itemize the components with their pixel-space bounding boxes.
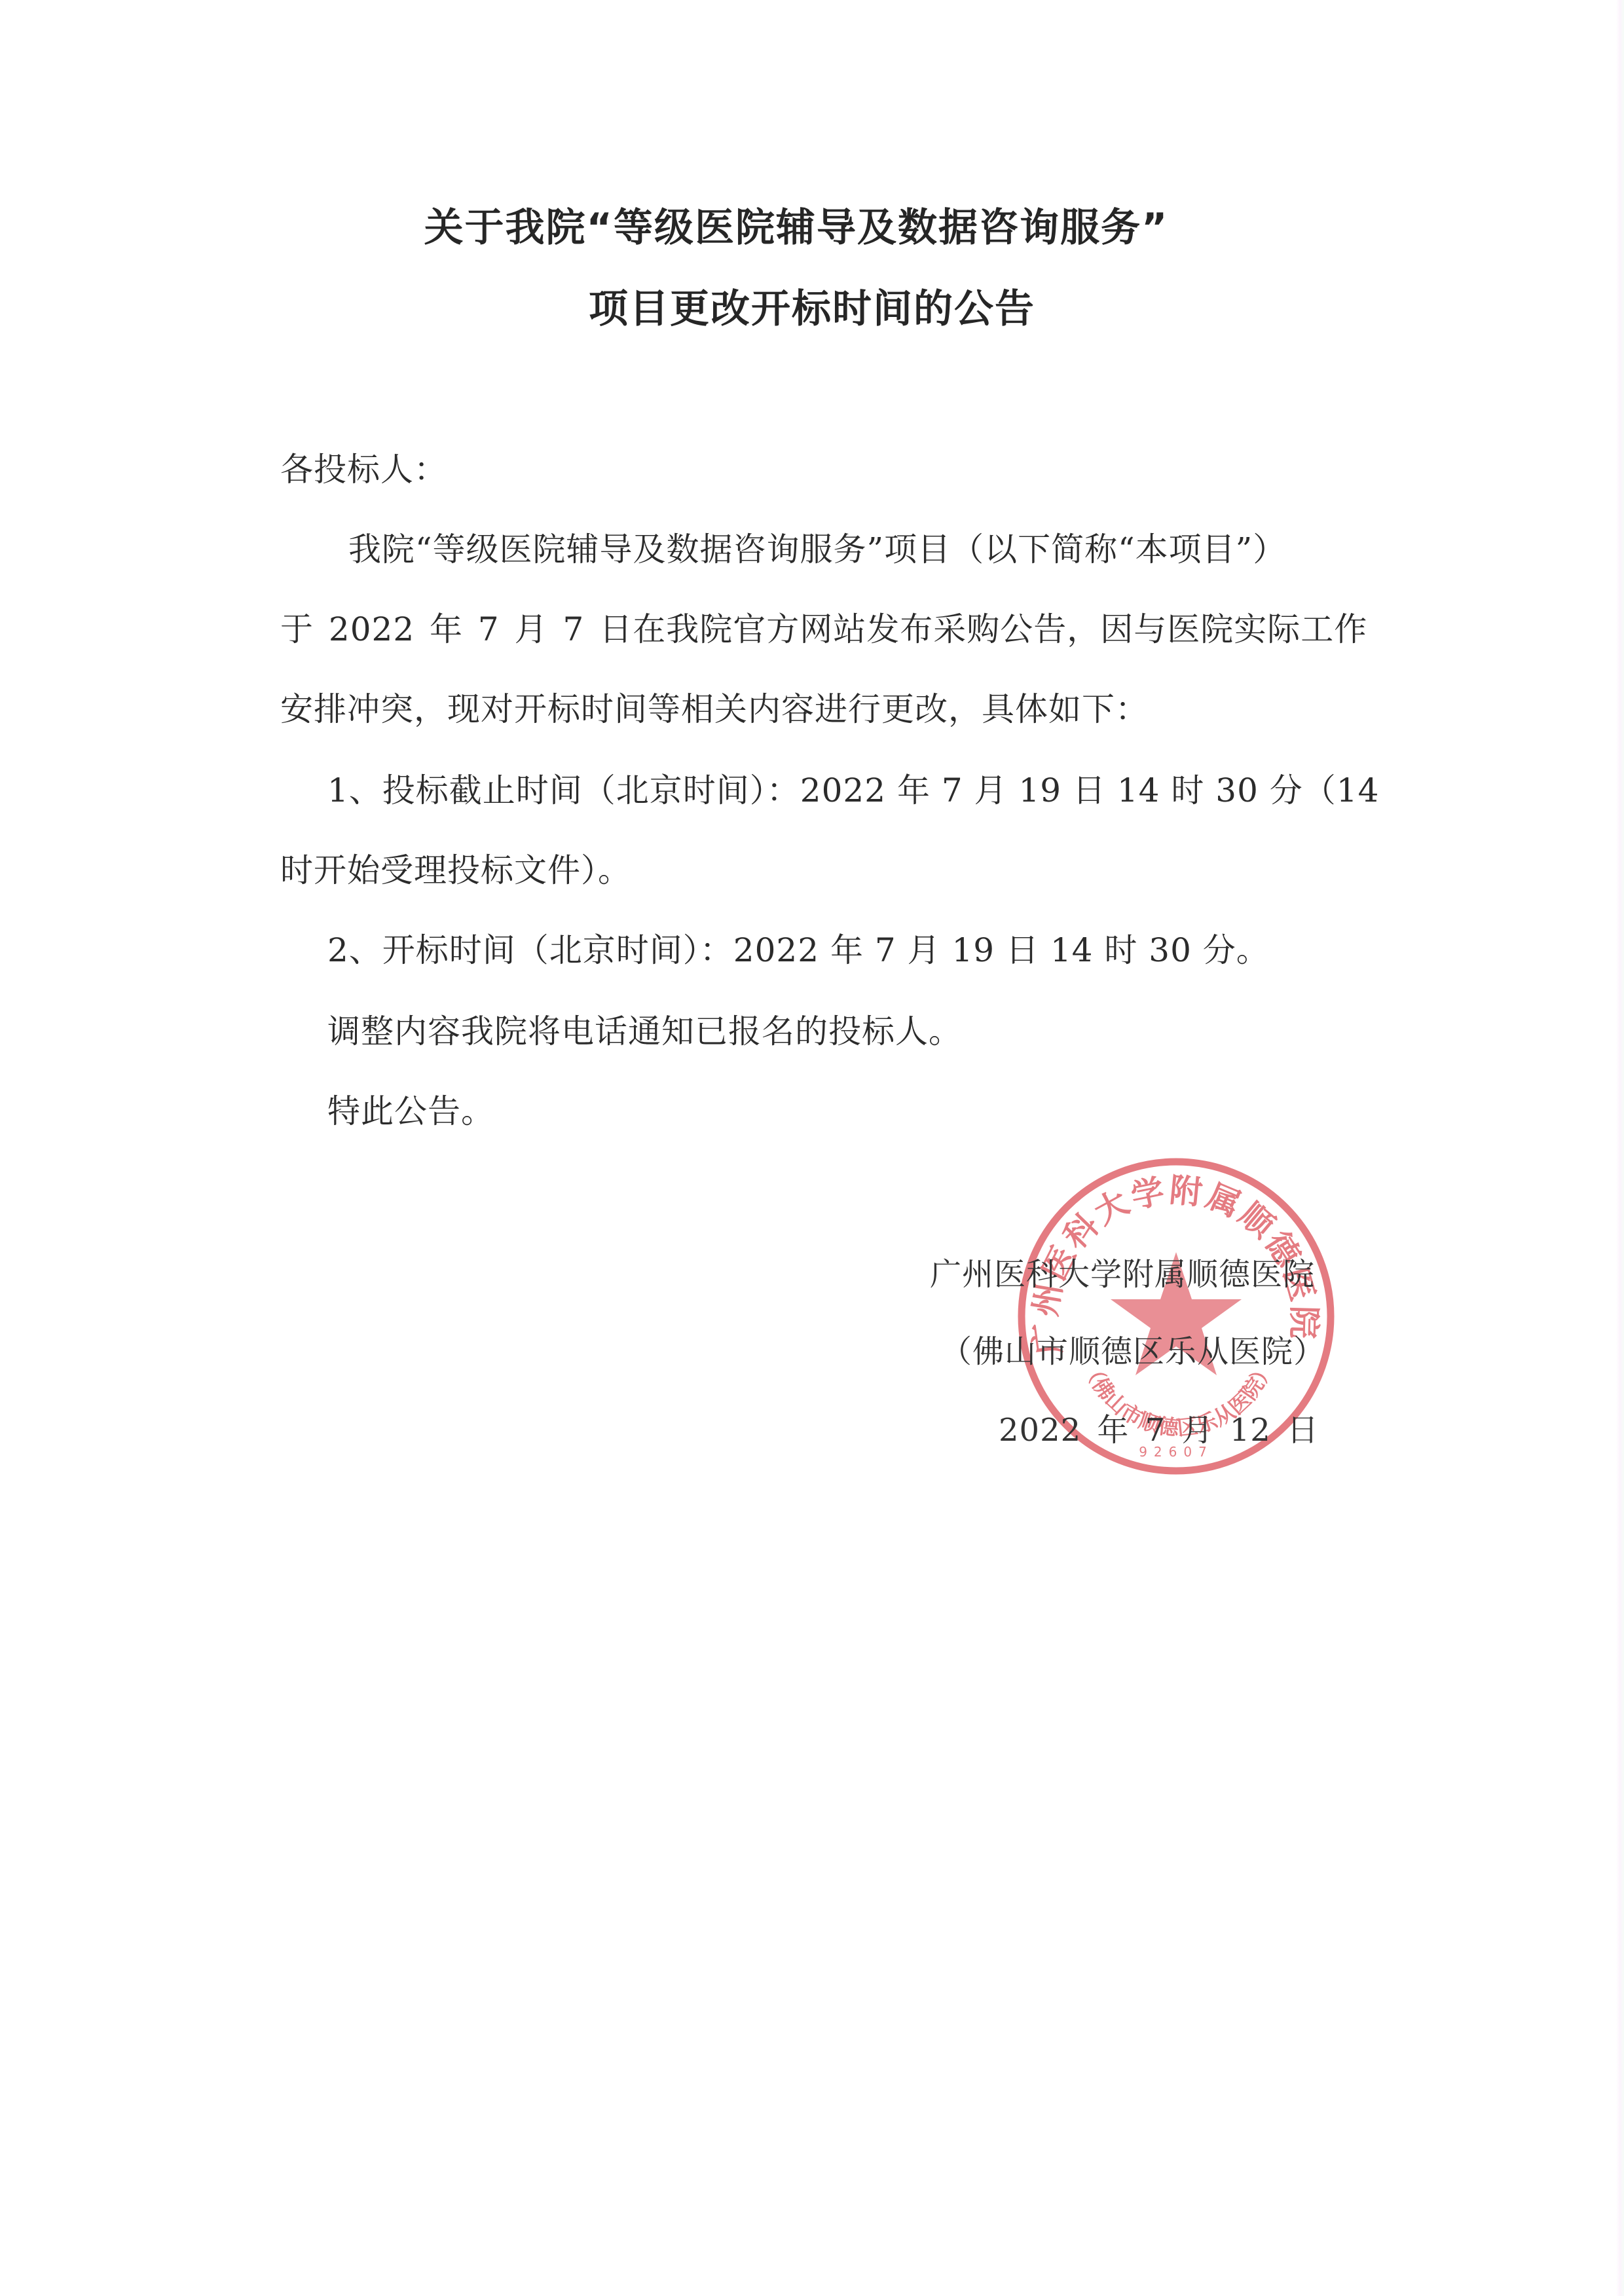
notice-text: 调整内容我院将电话通知已报名的投标人。 <box>327 1014 962 1049</box>
paragraph-line: 于 2022 年 7 月 7 日在我院官方网站发布采购公告，因与医院实际工作 <box>280 612 1367 647</box>
list-item-opening-time: 2、开标时间（北京时间）：2022 年 7 月 19 日 14 时 30 分。 <box>327 933 1270 968</box>
paragraph-line: 安排冲突，现对开标时间等相关内容进行更改，具体如下： <box>280 692 1149 727</box>
salutation: 各投标人： <box>280 452 447 487</box>
list-item-deadline-continued: 时开始受理投标文件）。 <box>280 853 631 888</box>
closing-text: 特此公告。 <box>327 1094 494 1129</box>
document-title-line-2: 项目更改开标时间的公告 <box>0 289 1624 329</box>
signature-alternate-name: （佛山市顺德区乐从医院） <box>940 1335 1325 1369</box>
list-item-deadline: 1、投标截止时间（北京时间）：2022 年 7 月 19 日 14 时 30 分… <box>327 773 1379 808</box>
document-title-line-1: 关于我院“等级医院辅导及数据咨询服务” <box>0 208 1608 248</box>
signature-organization: 广州医科大学附属顺德医院 <box>930 1257 1315 1291</box>
signature-date: 2022 年 7 月 12 日 <box>999 1413 1319 1447</box>
document-page: 关于我院“等级医院辅导及数据咨询服务” 项目更改开标时间的公告 各投标人： 我院… <box>0 0 1624 2296</box>
paragraph-line: 我院“等级医院辅导及数据咨询服务”项目（以下简称“本项目”） <box>348 532 1286 567</box>
scan-edge-artifact <box>1616 0 1624 2296</box>
